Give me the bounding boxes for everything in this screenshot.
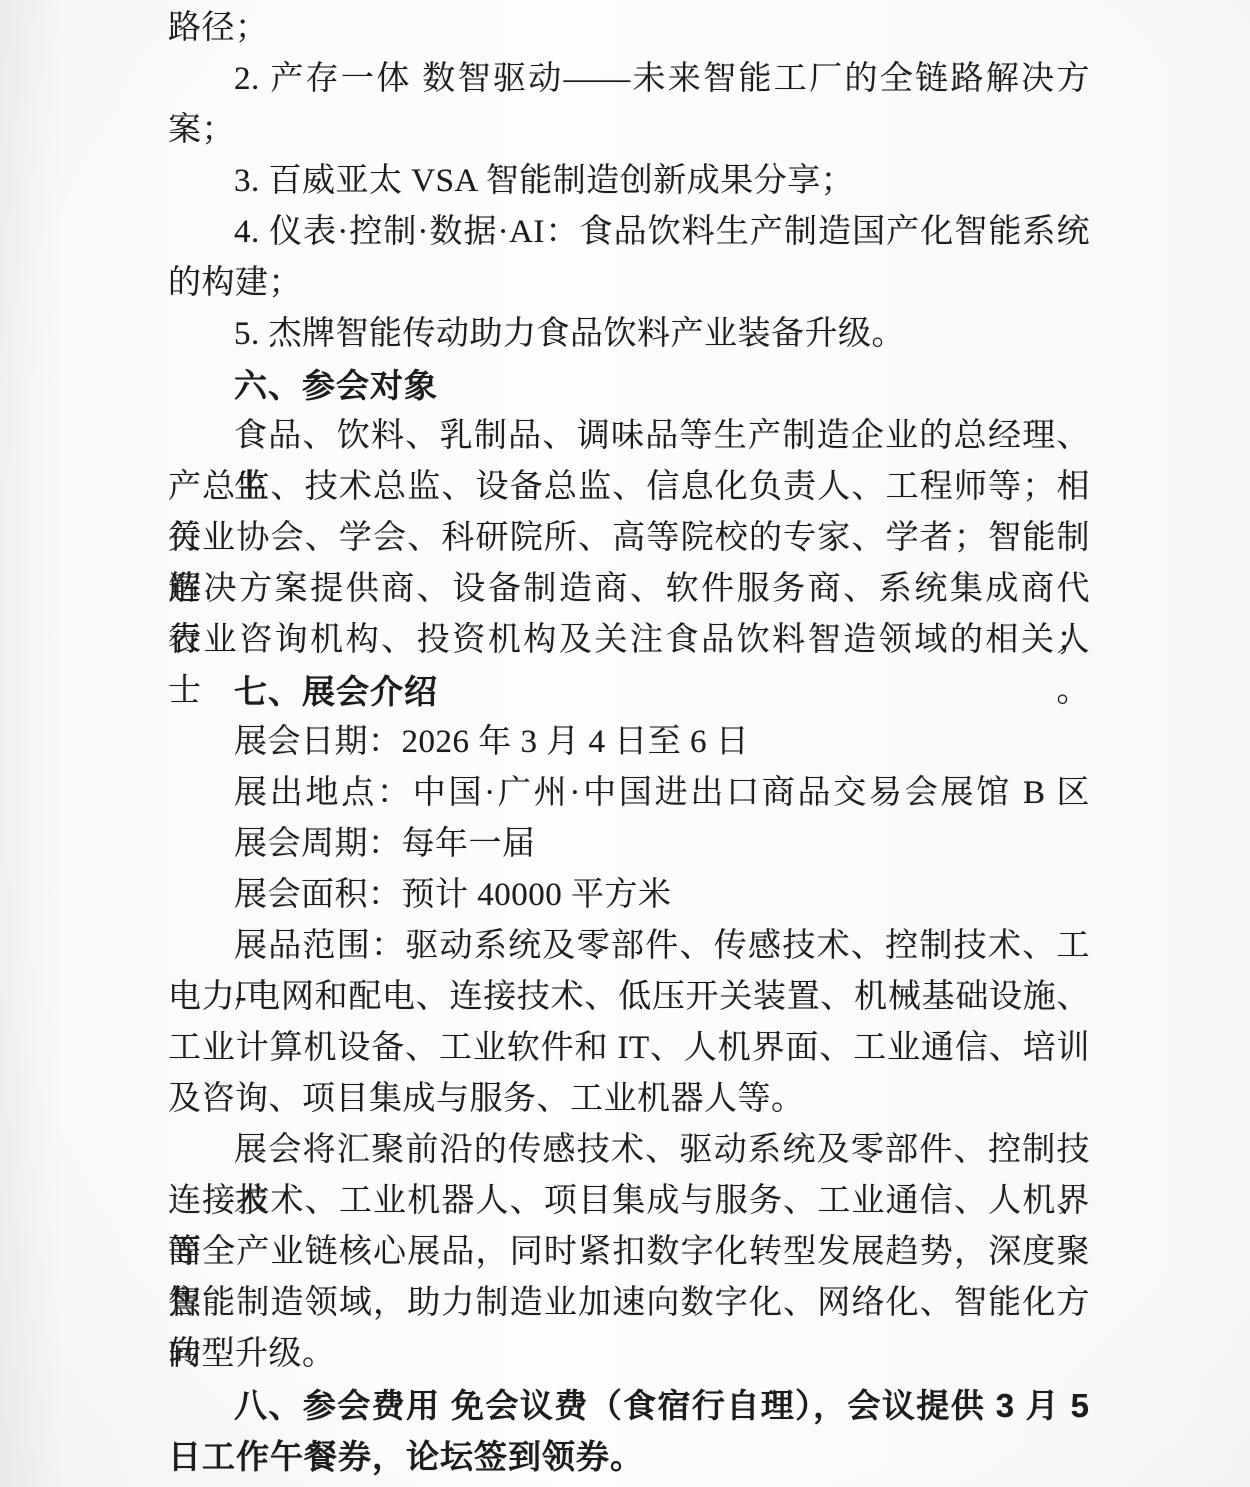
text-line: 案； [168, 105, 1090, 156]
text-line: 等全产业链核心展品，同时紧扣数字化转型发展趋势，深度聚焦 [168, 1227, 1090, 1278]
text-line: 食品、饮料、乳制品、调味品等生产制造企业的总经理、生 [168, 411, 1090, 462]
text-line: 解决方案提供商、设备制造商、软件服务商、系统集成商代表； [168, 564, 1090, 615]
text-line: 展会周期：每年一届 [168, 819, 1090, 870]
text-line: 4. 仪表·控制·数据·AI：食品饮料生产制造国产化智能系统 [168, 207, 1090, 258]
text-line: 智能制造领域，助力制造业加速向数字化、网络化、智能化方向 [168, 1278, 1090, 1329]
text-line: 工业计算机设备、工业软件和 IT、人机界面、工业通信、培训 [168, 1023, 1090, 1074]
text-line: 3. 百威亚太 VSA 智能制造创新成果分享； [168, 156, 1090, 207]
text-line: 日工作午餐券，论坛签到领券。 [168, 1431, 1090, 1482]
text-line: 连接技术、工业机器人、项目集成与服务、工业通信、人机界面 [168, 1176, 1090, 1227]
document-text-block: 路径；2. 产存一体 数智驱动——未来智能工厂的全链路解决方案；3. 百威亚太 … [168, 3, 1090, 1482]
text-line: 行业咨询机构、投资机构及关注食品饮料智造领域的相关人士。 [168, 615, 1090, 666]
text-line: 产总监、技术总监、设备总监、信息化负责人、工程师等；相关 [168, 462, 1090, 513]
text-line: 八、参会费用 免会议费（食宿行自理），会议提供 3 月 5 [168, 1380, 1090, 1431]
text-line: 及咨询、项目集成与服务、工业机器人等。 [168, 1074, 1090, 1125]
text-line: 2. 产存一体 数智驱动——未来智能工厂的全链路解决方 [168, 54, 1090, 105]
text-line: 路径； [168, 3, 1090, 54]
scanned-document-page: 路径；2. 产存一体 数智驱动——未来智能工厂的全链路解决方案；3. 百威亚太 … [0, 0, 1250, 1487]
text-line: 的构建； [168, 258, 1090, 309]
text-line: 转型升级。 [168, 1329, 1090, 1380]
text-line: 展会日期：2026 年 3 月 4 日至 6 日 [168, 717, 1090, 768]
text-line: 六、参会对象 [168, 360, 1090, 411]
text-line: 行业协会、学会、科研院所、高等院校的专家、学者；智能制造 [168, 513, 1090, 564]
text-line: 展品范围：驱动系统及零部件、传感技术、控制技术、工厂 [168, 921, 1090, 972]
text-line: 展出地点：中国·广州·中国进出口商品交易会展馆 B 区 [168, 768, 1090, 819]
text-line: 电力-电网和配电、连接技术、低压开关装置、机械基础设施、 [168, 972, 1090, 1023]
text-line: 展会将汇聚前沿的传感技术、驱动系统及零部件、控制技术、 [168, 1125, 1090, 1176]
text-line: 5. 杰牌智能传动助力食品饮料产业装备升级。 [168, 309, 1090, 360]
text-line: 展会面积：预计 40000 平方米 [168, 870, 1090, 921]
